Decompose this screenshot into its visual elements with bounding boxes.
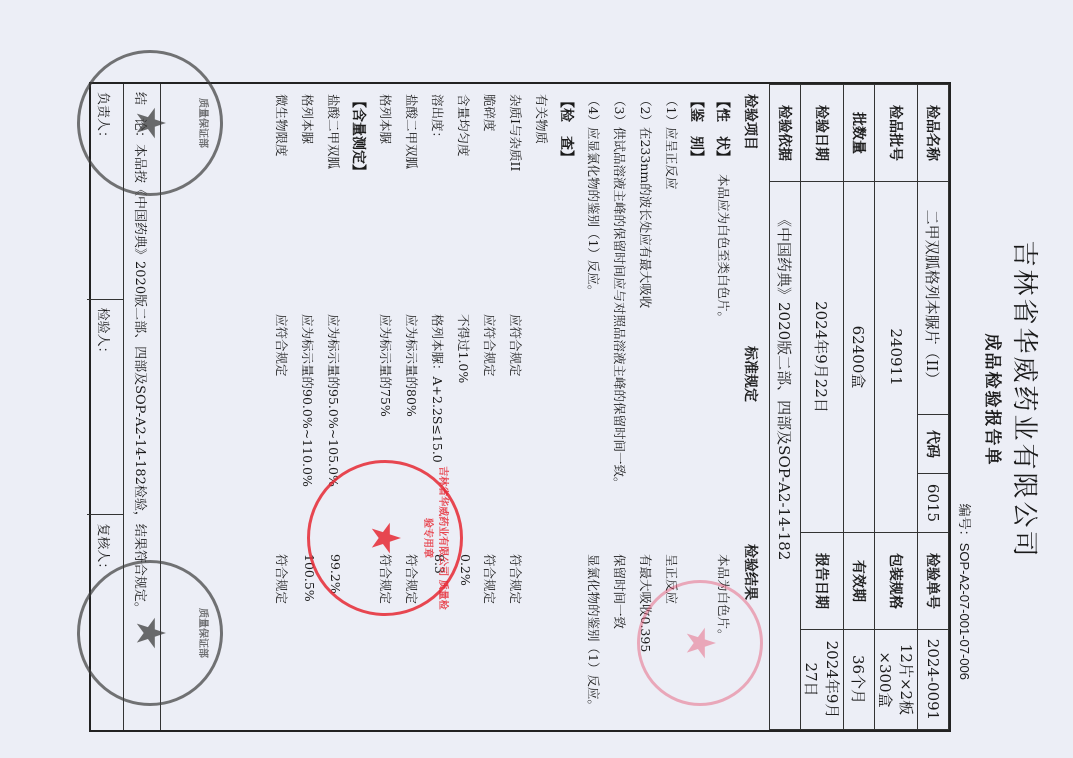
package-label: 包装规格 — [875, 533, 918, 630]
star-icon: ★ — [127, 615, 173, 651]
item-name: 格列本脲 — [377, 94, 395, 144]
item-name: 脆碎度 — [481, 94, 499, 132]
validity-period: 36个月 — [844, 630, 875, 730]
item-name: 【检 查】 — [557, 94, 577, 164]
star-icon: ★ — [362, 520, 408, 556]
item-standard: 应符合规定 — [507, 314, 525, 377]
star-icon: ★ — [677, 625, 723, 661]
serial-number: 编号：SOP-A2-07-001-07-006 — [956, 504, 975, 680]
report-subtitle: 成品检验报告单 — [982, 60, 1007, 740]
quantity-label: 批数量 — [844, 85, 875, 182]
item-standard: 格列本脲：A+2.2S≤15.0 — [429, 314, 447, 463]
product-name-label: 检品名称 — [918, 85, 949, 182]
column-header-item: 检验项目 — [741, 94, 761, 150]
batch-quantity: 62400盒 — [844, 182, 875, 533]
item-name: 盐酸二甲双胍 — [403, 94, 421, 169]
star-icon: ★ — [127, 105, 173, 141]
item-name: 盐酸二甲双胍 — [325, 94, 343, 169]
package-spec: 12片×2板×300盒 — [875, 630, 918, 730]
report-date-label: 报告日期 — [801, 533, 844, 630]
inspection-no: 2024-0091 — [918, 630, 949, 730]
item-standard: 应为标示量的95.0%~105.0% — [325, 314, 343, 487]
item-standard: 应符合规定 — [481, 314, 499, 377]
report-date: 2024年9月27日 — [801, 630, 844, 730]
item-name: 格列本脲 — [299, 94, 317, 144]
inspect-date: 2024年9月22日 — [801, 182, 844, 533]
item-standard: 应为标示量的80% — [403, 314, 421, 417]
item-name: （3）供试品溶液主峰的保留时间应与对照品溶液主峰的保留时间一致。 — [611, 94, 629, 489]
inspect-date-label: 检验日期 — [801, 85, 844, 182]
item-standard: 不得过1.0% — [455, 314, 473, 383]
item-name: 有关物质 — [533, 94, 551, 144]
item-name: 【含量测定】 — [349, 94, 369, 178]
inspection-report-document: 吉林省华威药业有限公司 成品检验报告单 编号：SOP-A2-07-001-07-… — [73, 60, 1073, 740]
faded-company-seal: ★ — [637, 580, 763, 706]
item-name: 含量均匀度 — [455, 94, 473, 157]
inspector-signature: 检验人： — [87, 300, 123, 516]
column-header-standard: 标准规定 — [741, 346, 761, 402]
item-result: 符合规定 — [481, 554, 499, 604]
item-standard: 应符合规定 — [273, 314, 291, 377]
grey-quality-seal-right: 质量保证部★ — [77, 560, 223, 706]
inspection-no-label: 检验单号 — [918, 533, 949, 630]
item-name: （1）应呈正反应 — [663, 94, 681, 189]
item-standard: 应为标示量的90.0%~110.0% — [299, 314, 317, 487]
item-standard: 本品应为白色至类白色片。 — [715, 174, 733, 324]
item-name: 杂质I与杂质II — [507, 94, 525, 171]
basis-label: 检验依据 — [770, 85, 801, 182]
column-header-result: 检验结果 — [741, 544, 761, 600]
item-name: 【鉴 别】 — [687, 94, 707, 164]
validity-label: 有效期 — [844, 533, 875, 630]
item-name: 【性 状】 — [713, 94, 733, 164]
inspection-basis: 《中国药典》2020版二部、四部及SOP-A2-14-182 — [770, 182, 801, 730]
grey-quality-seal-left: 质量保证部★ — [77, 50, 223, 196]
item-name: 溶出度： — [429, 94, 447, 144]
item-result: 符合规定 — [273, 554, 291, 604]
item-name: 微生物限度 — [273, 94, 291, 157]
company-title: 吉林省华威药业有限公司 — [1008, 60, 1045, 740]
red-company-seal: 吉林省华威药业有限公司 质量检验专用章★ — [307, 460, 463, 616]
item-result: 保留时间一致 — [611, 554, 629, 629]
batch-no-label: 检品批号 — [875, 85, 918, 182]
item-result: 符合规定 — [507, 554, 525, 604]
product-name: 二甲双胍格列本脲片（II） — [918, 182, 949, 415]
item-name: （2）在233nm的波长处应有最大吸收 — [637, 94, 655, 308]
product-info-table: 检品名称 二甲双胍格列本脲片（II） 代码 6015 检验单号 2024-009… — [769, 84, 949, 730]
item-name: （4）应显氯化物的鉴别（1）反应。 — [585, 94, 603, 297]
item-result: 显氯化物的鉴别（1）反应。 — [585, 554, 603, 712]
item-result: 0.2% — [458, 554, 473, 586]
code-value: 6015 — [918, 474, 949, 533]
item-standard: 应为标示量的75% — [377, 314, 395, 417]
code-label: 代码 — [918, 415, 949, 474]
batch-no: 240911 — [875, 182, 918, 533]
